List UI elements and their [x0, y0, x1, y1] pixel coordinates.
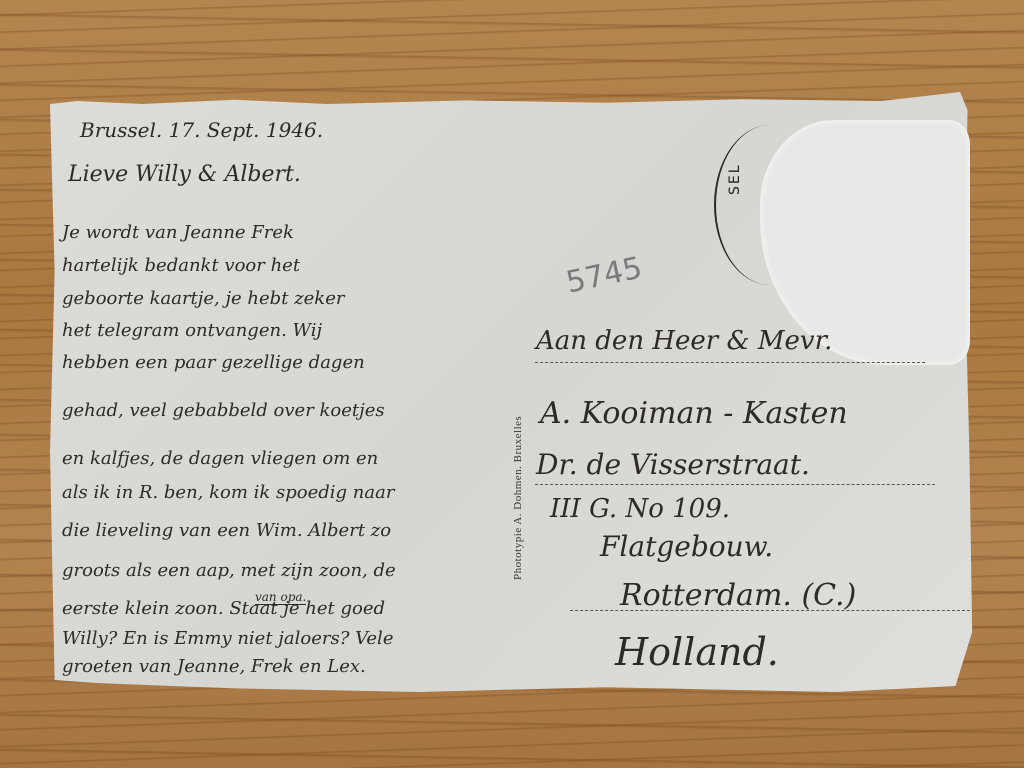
- address-line-6: Rotterdam. (C.): [620, 578, 856, 613]
- address-line-3: Dr. de Visserstraat.: [536, 448, 810, 481]
- message-line: en kalfjes, de dagen vliegen om en: [62, 448, 378, 469]
- address-line-7: Holland.: [615, 630, 779, 674]
- message-line: hebben een paar gezellige dagen: [62, 352, 365, 373]
- message-line: als ik in R. ben, kom ik spoedig naar: [62, 482, 394, 503]
- address-line-2: A. Kooiman - Kasten: [540, 396, 848, 431]
- message-line: die lieveling van een Wim. Albert zo: [62, 520, 391, 541]
- address-rule: [535, 362, 925, 363]
- message-line: geboorte kaartje, je hebt zeker: [62, 288, 344, 309]
- address-line-5: Flatgebouw.: [600, 530, 773, 563]
- message-line: groots als een aap, met zijn zoon, de: [62, 560, 396, 581]
- message-line: gehad, veel gebabbeld over koetjes: [62, 400, 385, 421]
- message-line: Je wordt van Jeanne Frek: [62, 222, 294, 243]
- message-date: Brussel. 17. Sept. 1946.: [80, 118, 323, 142]
- publisher-imprint: Phototypie A. Dohmen. Bruxelles: [512, 416, 524, 580]
- message-line: hartelijk bedankt voor het: [62, 255, 300, 276]
- address-rule: [535, 484, 935, 485]
- message-line: Willy? En is Emmy niet jaloers? Vele: [62, 628, 393, 649]
- postmark-arc: [714, 125, 826, 285]
- message-line: eerste klein zoon. Staat je het goed: [62, 598, 385, 619]
- address-line-1: Aan den Heer & Mevr.: [536, 326, 832, 356]
- postmark-text: SEL: [727, 163, 743, 195]
- message-line: het telegram ontvangen. Wij: [62, 320, 322, 341]
- message-line: groeten van Jeanne, Frek en Lex.: [62, 656, 366, 677]
- address-line-4: III G. No 109.: [550, 494, 730, 524]
- message-greeting: Lieve Willy & Albert.: [68, 162, 301, 187]
